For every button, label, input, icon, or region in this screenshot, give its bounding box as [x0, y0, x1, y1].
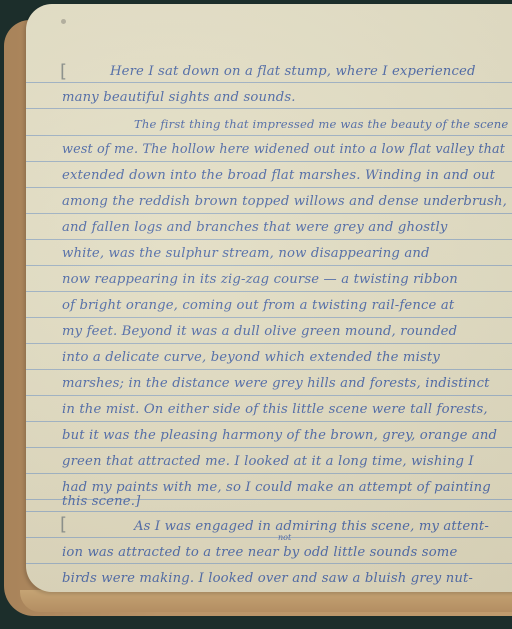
- handwritten-line: into a delicate curve, beyond which exte…: [62, 346, 508, 370]
- handwritten-line: Here I sat down on a flat stump, where I…: [62, 60, 508, 84]
- handwritten-line: my feet. Beyond it was a dull olive gree…: [62, 320, 508, 344]
- handwritten-line: among the reddish brown topped willows a…: [62, 190, 508, 214]
- handwritten-line: west of me. The hollow here widened out …: [62, 138, 508, 162]
- handwritten-line: many beautiful sights and sounds.: [62, 86, 508, 110]
- handwritten-line: and fallen logs and branches that were g…: [62, 216, 508, 240]
- handwritten-line: marshes; in the distance were grey hills…: [62, 372, 508, 396]
- handwritten-line: birds were making. I looked over and saw…: [62, 567, 508, 591]
- handwritten-line: but it was the pleasing harmony of the b…: [62, 424, 508, 448]
- handwritten-line: now reappearing in its zig-zag course — …: [62, 268, 508, 292]
- handwritten-line: white, was the sulphur stream, now disap…: [62, 242, 508, 266]
- handwritten-line: green that attracted me. I looked at it …: [62, 450, 508, 474]
- handwritten-line: of bright orange, coming out from a twis…: [62, 294, 508, 318]
- handwritten-line: this scene.]: [62, 490, 508, 514]
- handwritten-line: ion was attracted to a tree near by odd …: [62, 541, 508, 565]
- handwritten-line: The first thing that impressed me was th…: [62, 112, 508, 136]
- handwritten-line: in the mist. On either side of this litt…: [62, 398, 508, 422]
- insertion-mark: not: [278, 533, 291, 542]
- notebook-page: [ [ Here I sat down on a flat stump, whe…: [26, 4, 512, 592]
- handwritten-line: extended down into the broad flat marshe…: [62, 164, 508, 188]
- notebook-cover-edge: [20, 590, 512, 612]
- page-mark: [61, 19, 66, 24]
